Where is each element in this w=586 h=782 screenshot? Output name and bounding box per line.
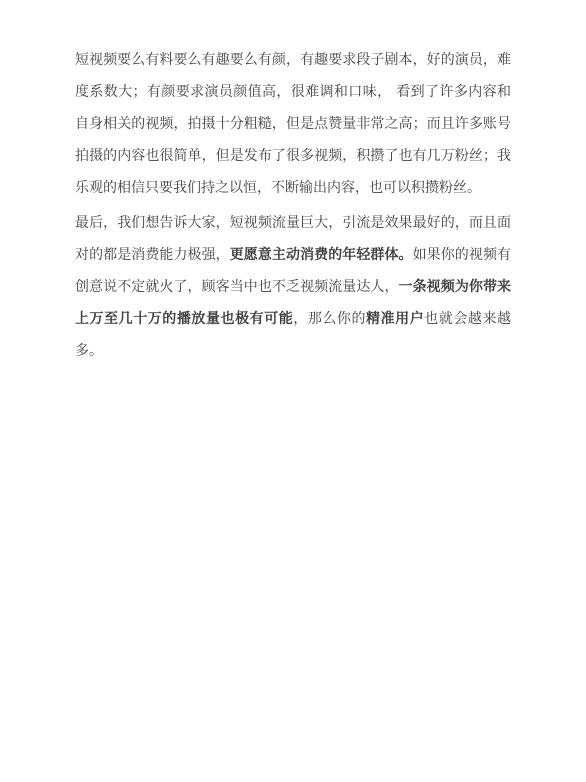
text-run: ，那么你的 <box>293 311 366 327</box>
page: { "page": { "background": "#ffffff", "te… <box>0 0 586 782</box>
bold-text-run: 更愿意主动消费的年轻群体。 <box>230 247 413 263</box>
bold-text-run: 精准用户 <box>366 311 424 327</box>
paragraph: 最后，我们想告诉大家，短视频流量巨大，引流是效果最好的，而且面对的都是消费能力极… <box>75 207 511 367</box>
text-run: 短视频要么有料要么有趣要么有颜，有趣要求段子剧本，好的演员，难度系数大；有颜要求… <box>75 52 511 196</box>
article-body: 短视频要么有料要么有趣要么有颜，有趣要求段子剧本，好的演员，难度系数大；有颜要求… <box>0 0 586 367</box>
paragraph: 短视频要么有料要么有趣要么有颜，有趣要求段子剧本，好的演员，难度系数大；有颜要求… <box>75 44 511 204</box>
